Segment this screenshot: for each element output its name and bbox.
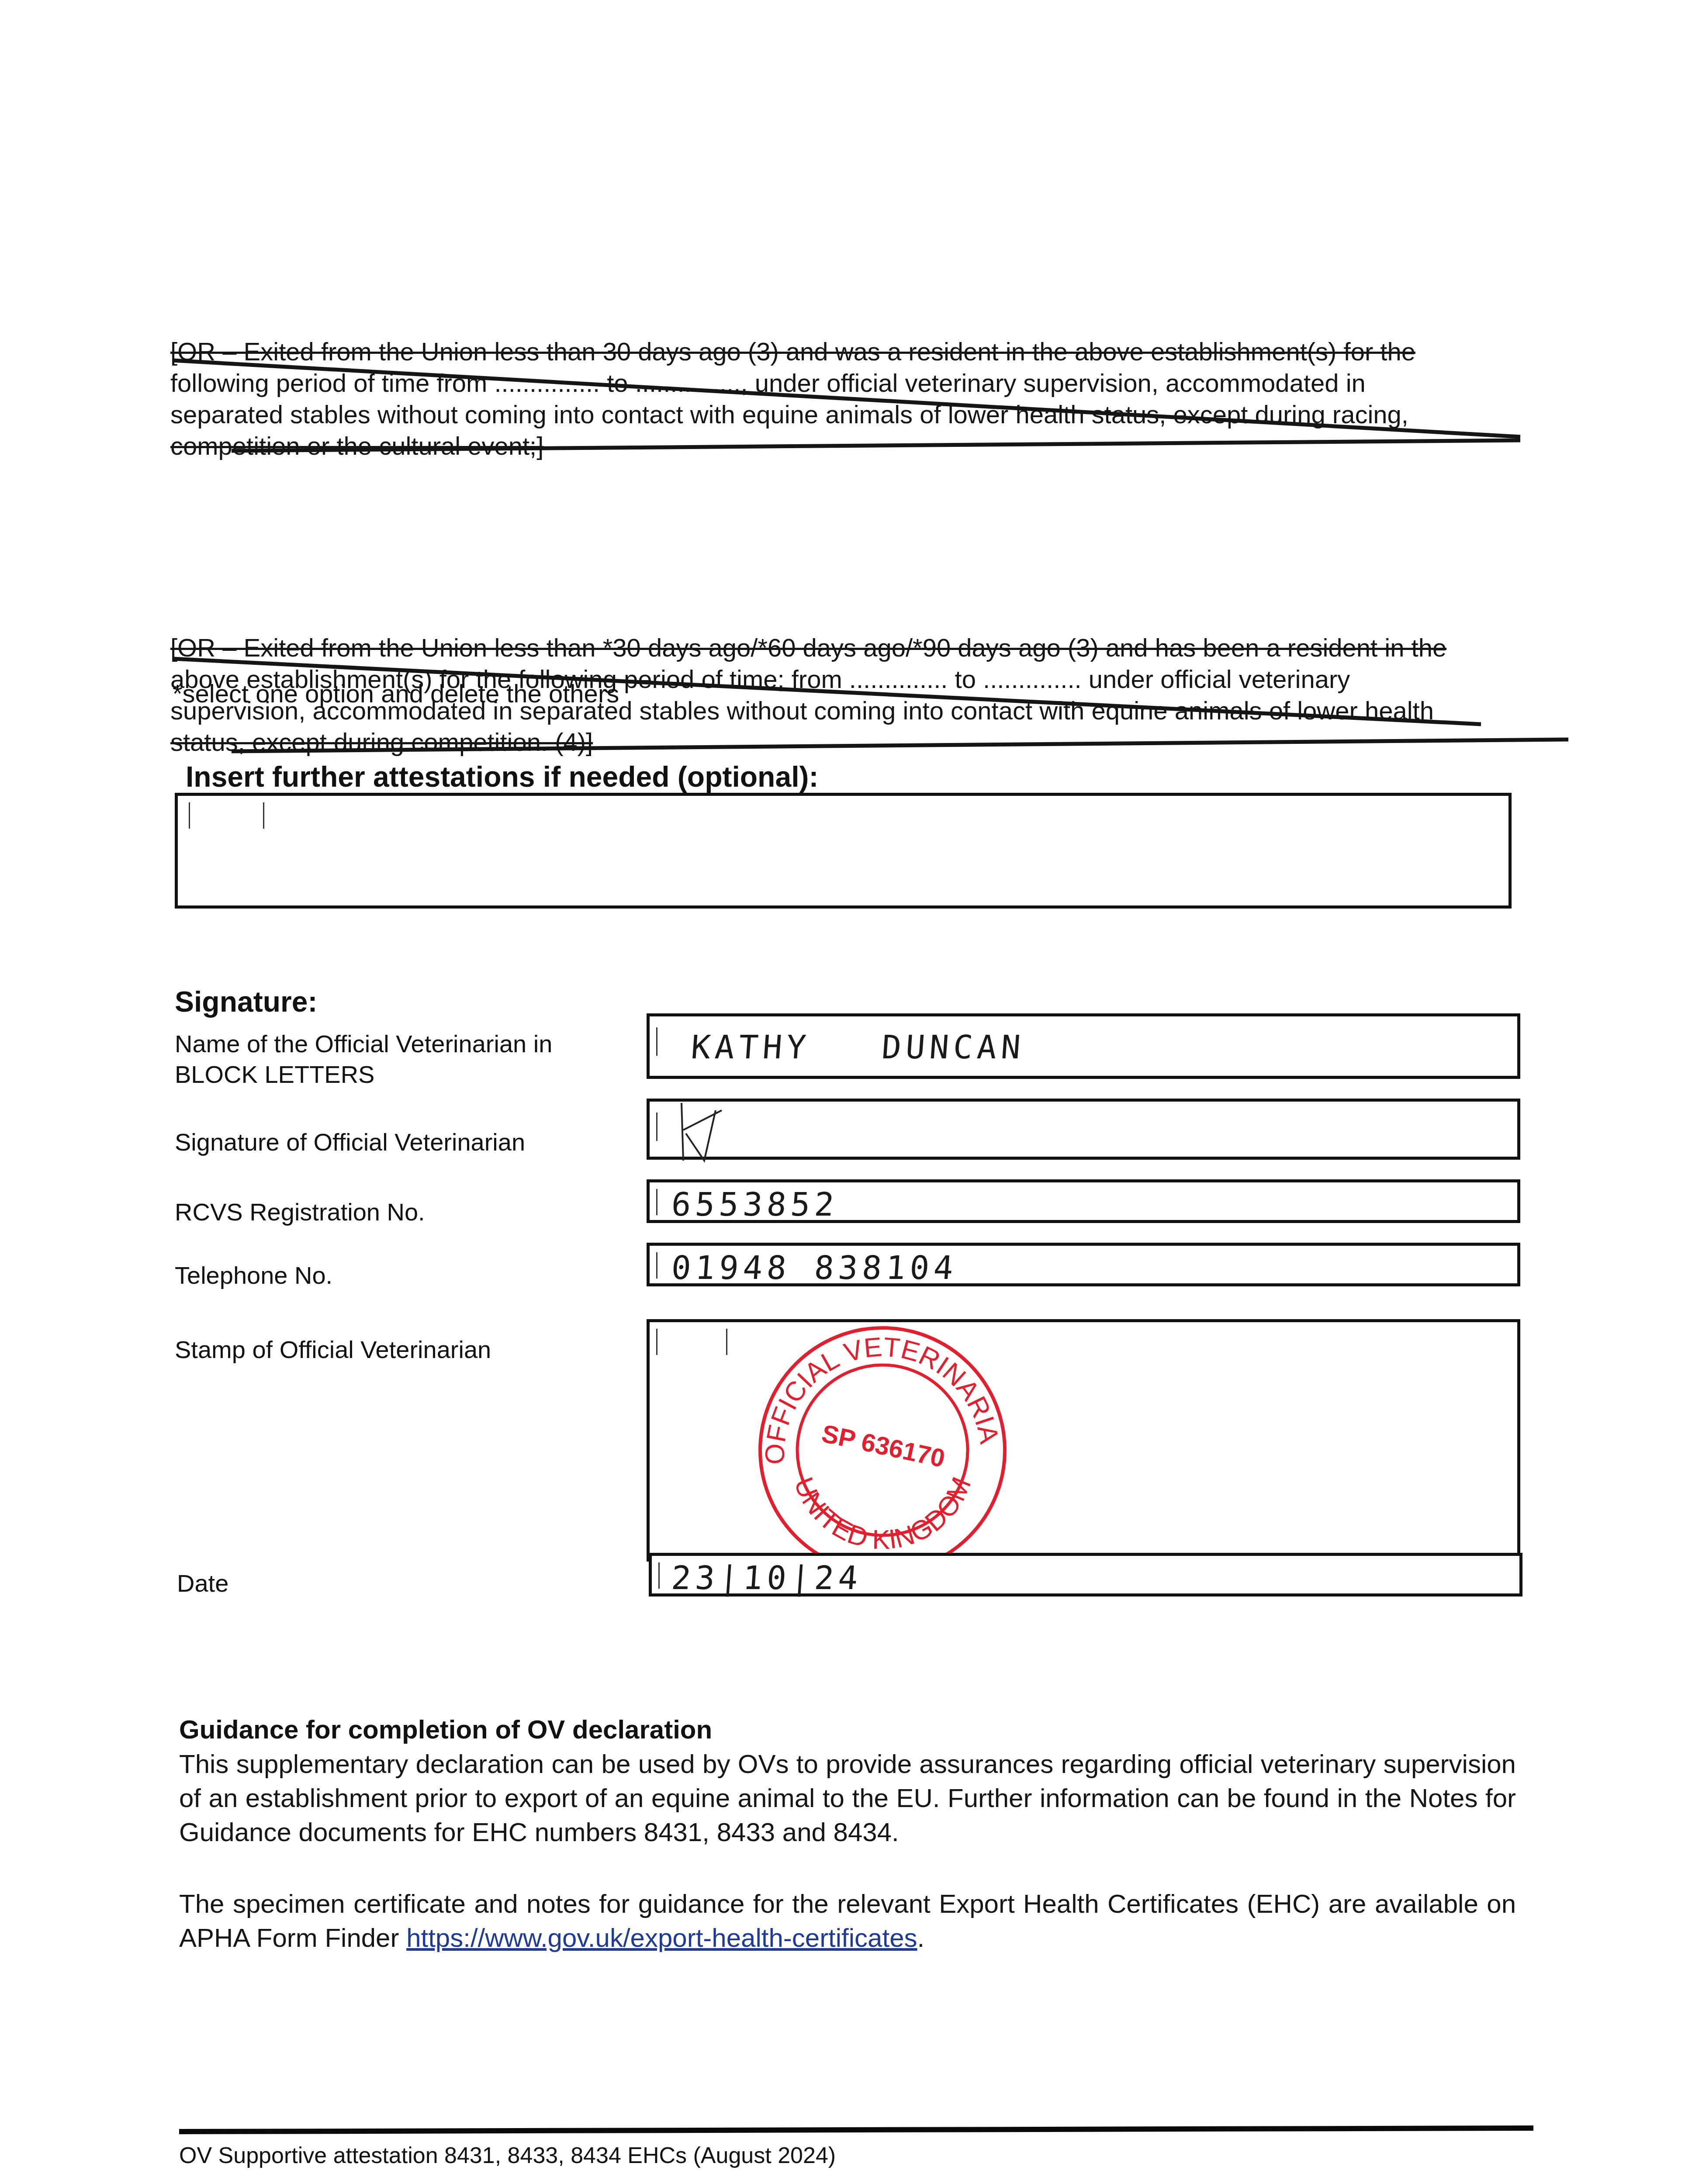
option-3-line-1: [OR – Exited from the Union less than 30… xyxy=(170,336,1516,368)
guidance-paragraph-1: This supplementary declaration can be us… xyxy=(179,1747,1516,1849)
struck-option-3: [OR – Exited from the Union less than 30… xyxy=(170,336,1516,462)
name-field[interactable]: KATHY DUNCAN xyxy=(647,1013,1520,1079)
name-label: Name of the Official Veterinarian in BLO… xyxy=(175,1029,552,1090)
name-label-line-1: Name of the Official Veterinarian in xyxy=(175,1029,552,1059)
telephone-field[interactable]: 01948 838104 xyxy=(647,1243,1520,1286)
option-3-line-2: following period of time from ..........… xyxy=(170,368,1516,399)
guidance-paragraph-2: The specimen certificate and notes for g… xyxy=(179,1887,1516,1955)
signature-field[interactable] xyxy=(647,1099,1520,1160)
date-label: Date xyxy=(177,1568,228,1599)
stamp-label: Stamp of Official Veterinarian xyxy=(175,1334,491,1365)
option-4-line-1: [OR – Exited from the Union less than *3… xyxy=(170,632,1516,664)
select-note: *select one option and delete the others xyxy=(173,679,619,708)
name-value: KATHY DUNCAN xyxy=(690,1029,1026,1066)
rcvs-field[interactable]: 6553852 xyxy=(647,1179,1520,1223)
rcvs-label: RCVS Registration No. xyxy=(175,1197,425,1227)
telephone-value: 01948 838104 xyxy=(670,1249,959,1287)
name-label-line-2: BLOCK LETTERS xyxy=(175,1059,552,1090)
option-4-line-4: status, except during competition. (4)] xyxy=(170,727,1516,758)
signature-heading: Signature: xyxy=(175,985,317,1018)
footer-text: OV Supportive attestation 8431, 8433, 84… xyxy=(179,2143,836,2169)
guidance-paragraph-2-end: . xyxy=(917,1923,925,1952)
date-value: 23|10|24 xyxy=(670,1559,863,1597)
date-field[interactable]: 23|10|24 xyxy=(649,1553,1522,1597)
official-veterinarian-stamp-icon: OFFICIAL VETERINARIAN UNITED KINGDOM SP … xyxy=(751,1319,1014,1581)
further-attestations-heading: Insert further attestations if needed (o… xyxy=(186,760,818,793)
svg-text:UNITED KINGDOM: UNITED KINGDOM xyxy=(788,1473,977,1555)
further-attestations-field[interactable] xyxy=(175,793,1512,909)
rcvs-value: 6553852 xyxy=(670,1186,840,1223)
export-health-certificates-link[interactable]: https://www.gov.uk/export-health-certifi… xyxy=(406,1923,917,1952)
signature-label: Signature of Official Veterinarian xyxy=(175,1127,525,1158)
footer-divider xyxy=(179,2125,1533,2134)
option-3-line-3: separated stables without coming into co… xyxy=(170,399,1516,431)
signature-scribble-icon xyxy=(674,1099,730,1165)
stamp-center-text: SP 636170 xyxy=(819,1419,947,1473)
guidance-heading: Guidance for completion of OV declaratio… xyxy=(179,1714,712,1745)
stamp-bottom-text: UNITED KINGDOM xyxy=(788,1473,977,1555)
option-3-line-4: competition or the cultural event;] xyxy=(170,431,1516,462)
telephone-label: Telephone No. xyxy=(175,1260,332,1291)
